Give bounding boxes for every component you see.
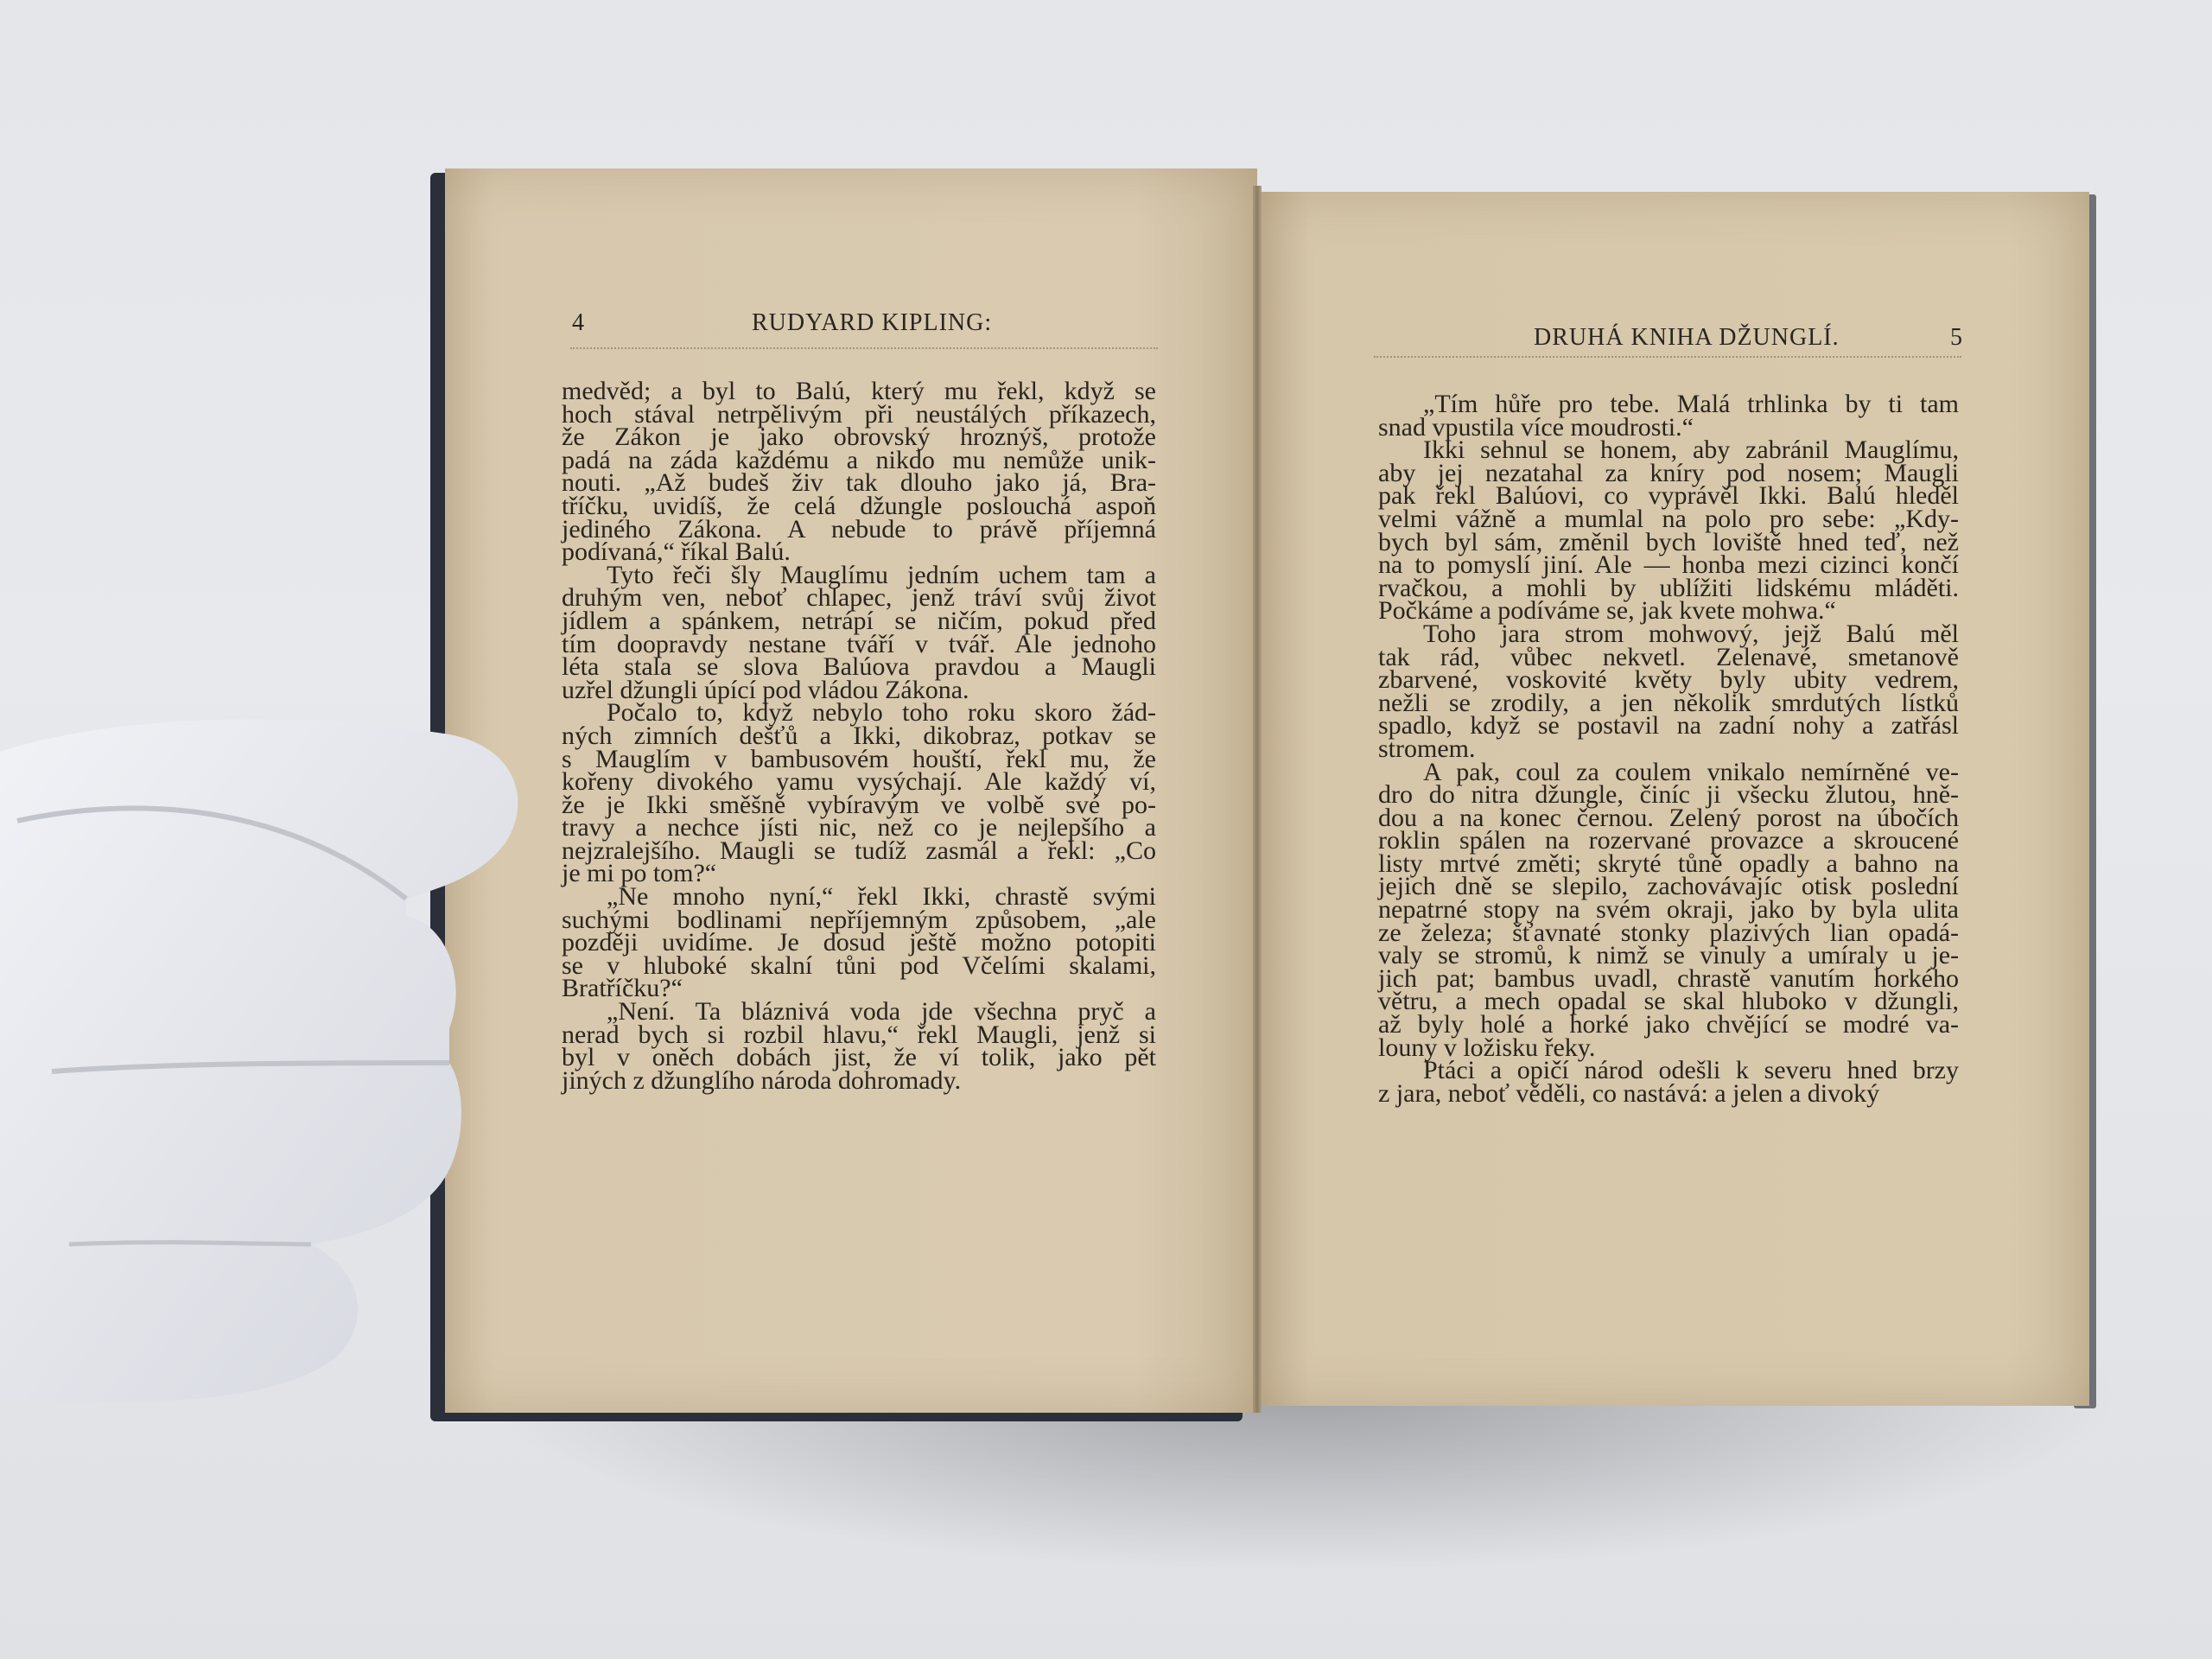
header-rule-right — [1374, 356, 1961, 360]
page-number-right: 5 — [1950, 324, 1963, 352]
running-head-left: RUDYARD KIPLING: — [752, 309, 992, 337]
white-glove-hand — [0, 700, 553, 1408]
running-head-right: DRUHÁ KNIHA DŽUNGLÍ. — [1534, 324, 1840, 352]
page-number-left: 4 — [572, 309, 585, 337]
book-gutter — [1253, 186, 1262, 1413]
header-rule-left — [570, 347, 1158, 352]
left-page-text: medvěd; a byl to Balú, který mu řekl, kd… — [562, 380, 1156, 1092]
text-line: jiných z džunglího národa dohromady. — [562, 1070, 1156, 1093]
right-page-text: „Tím hůře pro tebe. Malá trhlinka by ti … — [1378, 393, 1959, 1105]
text-line: z jara, neboť věděli, co nastává: a jele… — [1378, 1083, 1959, 1106]
